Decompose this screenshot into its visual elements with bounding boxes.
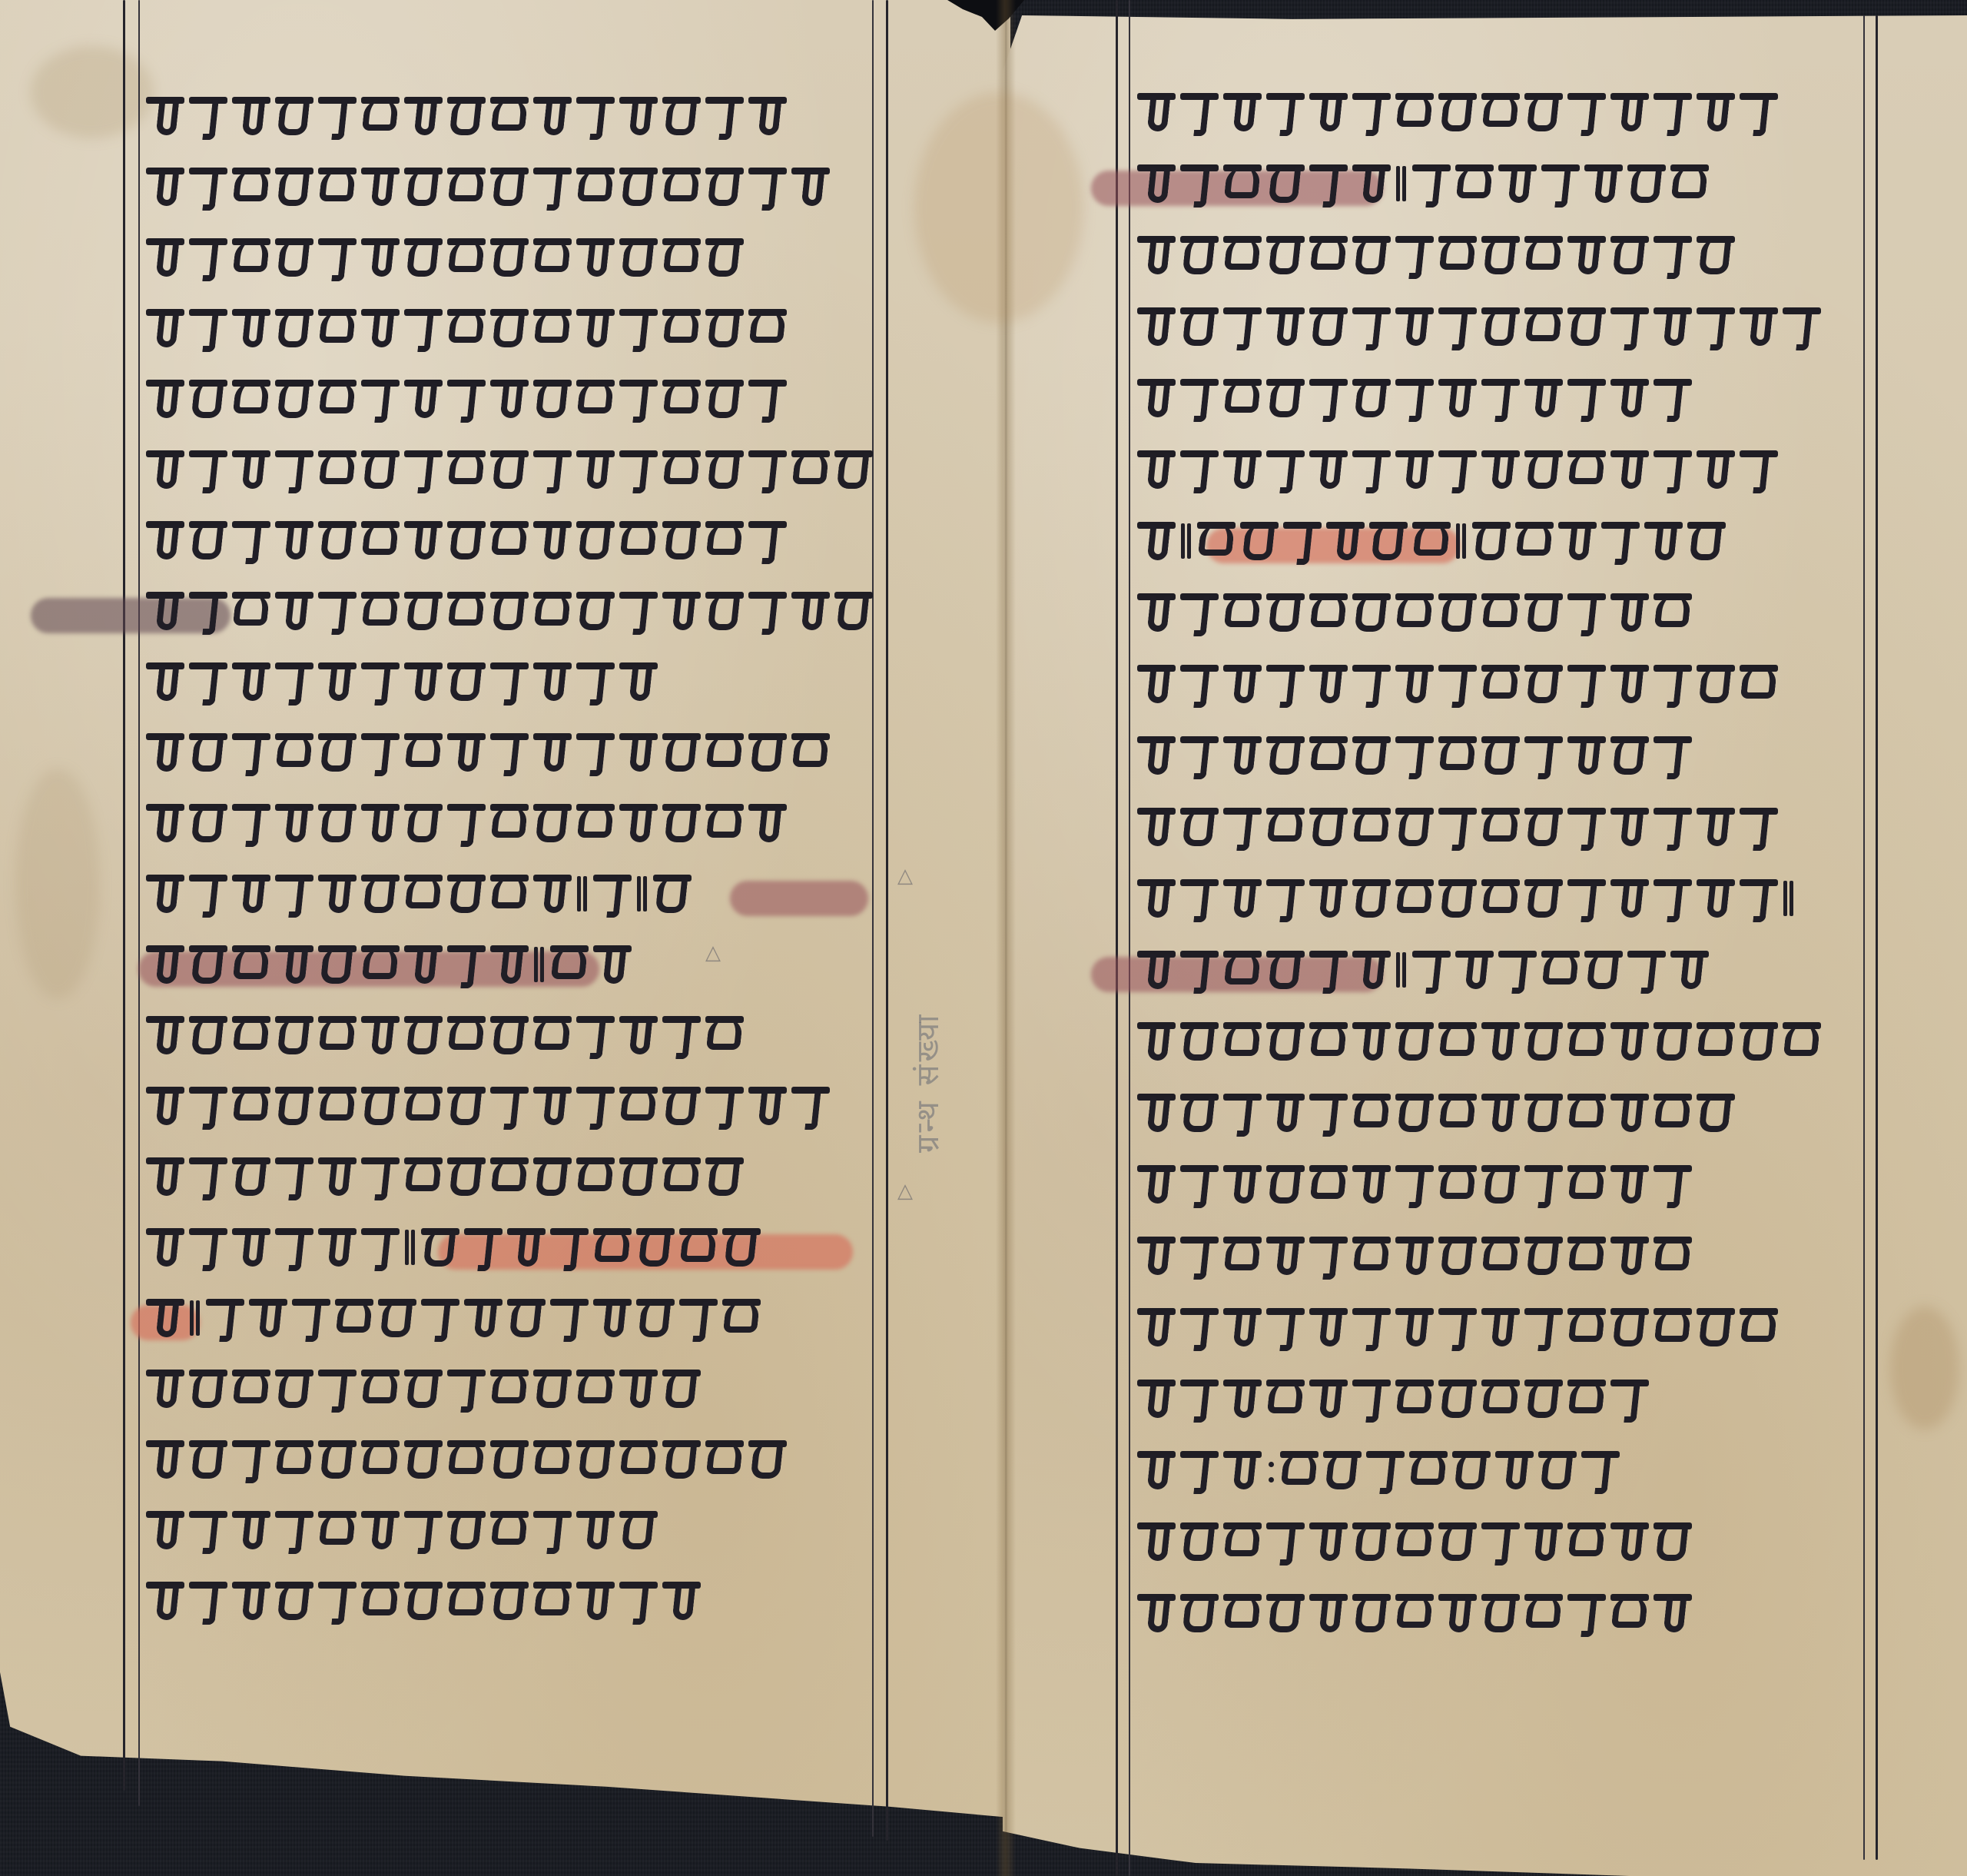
glyph [275, 941, 313, 988]
glyph [662, 234, 701, 281]
glyph [533, 870, 572, 918]
glyph [1137, 1232, 1176, 1280]
glyph [490, 1577, 529, 1625]
glyph [1137, 303, 1176, 350]
glyph [189, 375, 227, 423]
glyph [361, 446, 400, 493]
glyph [1697, 446, 1735, 493]
glyph [834, 587, 873, 635]
ink-text [146, 1294, 761, 1342]
glyph [447, 304, 486, 352]
glyph [576, 375, 615, 423]
glyph [748, 516, 787, 564]
glyph [1223, 660, 1262, 708]
glyph [576, 516, 615, 564]
glyph [705, 92, 744, 140]
glyph [705, 799, 744, 847]
glyph [1352, 1518, 1391, 1566]
glyph [1395, 1589, 1434, 1637]
glyph [550, 1224, 589, 1271]
glyph [1180, 1232, 1219, 1280]
glyph [1481, 303, 1520, 350]
glyph [275, 1082, 313, 1130]
glyph [1567, 1232, 1606, 1280]
ink-text [146, 658, 658, 706]
glyph [232, 163, 270, 211]
glyph [146, 941, 184, 988]
ink-text [1137, 374, 1692, 422]
glyph [361, 729, 400, 776]
glyph [146, 1153, 184, 1200]
glyph [1740, 446, 1778, 493]
glyph [232, 799, 270, 847]
glyph [1352, 1160, 1391, 1208]
glyph [1409, 1446, 1448, 1494]
glyph [576, 1436, 615, 1483]
ink-text [1137, 231, 1735, 279]
glyph [619, 587, 658, 635]
margin-rule [138, 0, 140, 1806]
glyph [1697, 875, 1735, 922]
glyph [275, 446, 313, 493]
glyph [1524, 88, 1563, 136]
glyph [1567, 1089, 1606, 1137]
glyph [1541, 160, 1580, 208]
glyph [447, 516, 486, 564]
glyph [146, 1365, 184, 1413]
glyph [1481, 1160, 1520, 1208]
glyph [1697, 231, 1735, 279]
manuscript-line: महासिद्धिः माहेश्वर्याः गमृदयः [146, 375, 868, 423]
glyph [1223, 732, 1262, 779]
glyph [550, 941, 589, 988]
glyph [1395, 1160, 1434, 1208]
glyph [232, 234, 270, 281]
glyph [490, 1506, 529, 1554]
glyph [1541, 946, 1580, 994]
glyph [1610, 1589, 1649, 1637]
glyph [1266, 946, 1305, 994]
glyph [1498, 946, 1537, 994]
glyph [1266, 1303, 1305, 1351]
glyph [1610, 1160, 1649, 1208]
glyph [232, 375, 270, 423]
glyph [1567, 1518, 1606, 1566]
glyph [662, 92, 701, 140]
glyph [146, 304, 184, 352]
manuscript-line: कुकामनायाजजमानस्यमनो [1137, 732, 1859, 779]
glyph [447, 799, 486, 847]
glyph [146, 446, 184, 493]
glyph [1438, 875, 1477, 922]
manuscript-line: नपूनिर्धनतानास्त्ः विनूधकः [146, 1011, 868, 1059]
ink-text [1137, 660, 1778, 708]
glyph [189, 446, 227, 493]
glyph [1740, 1303, 1778, 1351]
glyph [1137, 1018, 1176, 1065]
manuscript-line: रुहातुं नजानकूर्यानिहिंध [1137, 1375, 1859, 1423]
glyph [189, 304, 227, 352]
glyph [619, 1436, 658, 1483]
glyph [662, 799, 701, 847]
glyph [576, 1577, 615, 1625]
glyph [662, 375, 701, 423]
manuscript-line: दं मार्याहृतिरूहाम्बहंगृहित्वा [1137, 1303, 1859, 1351]
glyph [1309, 446, 1348, 493]
glyph [576, 1011, 615, 1059]
glyph [1266, 660, 1305, 708]
glyph [404, 446, 443, 493]
glyph [275, 234, 313, 281]
glyph [404, 1153, 443, 1200]
ink-text [146, 304, 787, 352]
glyph [619, 1082, 658, 1130]
glyph [636, 870, 648, 918]
glyph [189, 1365, 227, 1413]
glyph [748, 799, 787, 847]
glyph [507, 1294, 546, 1342]
glyph [1654, 1089, 1692, 1137]
glyph [318, 1011, 357, 1059]
glyph [189, 1153, 227, 1200]
glyph [404, 870, 443, 918]
pencil-triangle-mark: △ [897, 865, 913, 888]
glyph [404, 1577, 443, 1625]
glyph [275, 1506, 313, 1554]
glyph [1266, 1160, 1305, 1208]
glyph [1395, 446, 1434, 493]
glyph [705, 304, 744, 352]
glyph [507, 1224, 546, 1271]
glyph [361, 516, 400, 564]
manuscript-line: लोकपालयान॥ श्रीचक्रसंभ [1137, 946, 1859, 994]
manuscript-line: गचक्रः महासुखचक्रषुः स्थि [1137, 1089, 1859, 1137]
glyph [232, 1365, 270, 1413]
glyph [1395, 374, 1434, 422]
glyph [1412, 160, 1451, 208]
glyph [1223, 160, 1262, 208]
glyph [1266, 160, 1305, 208]
glyph [662, 1577, 701, 1625]
glyph [748, 92, 787, 140]
glyph [447, 92, 486, 140]
glyph [533, 234, 572, 281]
glyph [1223, 1232, 1262, 1280]
glyph [1524, 1160, 1563, 1208]
glyph [1352, 1089, 1391, 1137]
glyph [1309, 1232, 1348, 1280]
glyph [189, 1294, 201, 1342]
glyph [1438, 803, 1477, 851]
glyph [662, 304, 701, 352]
glyph [361, 163, 400, 211]
glyph [722, 1294, 761, 1342]
glyph [1438, 1303, 1477, 1351]
glyph [1697, 1303, 1735, 1351]
glyph [1627, 946, 1666, 994]
glyph [189, 870, 227, 918]
ink-text [1137, 1589, 1692, 1637]
glyph [318, 516, 357, 564]
glyph [318, 1224, 357, 1271]
glyph [447, 870, 486, 918]
glyph [275, 1577, 313, 1625]
glyph [318, 304, 357, 352]
glyph [361, 1577, 400, 1625]
glyph [619, 163, 658, 211]
glyph [748, 1082, 787, 1130]
glyph [232, 658, 270, 706]
glyph [1783, 875, 1795, 922]
glyph [232, 446, 270, 493]
glyph [1309, 803, 1348, 851]
glyph [533, 1365, 572, 1413]
glyph [1567, 732, 1606, 779]
glyph [1567, 446, 1606, 493]
glyph [1610, 1089, 1649, 1137]
manuscript-line: स्यमनोरथपनिपूर्णयांकु [1137, 1232, 1859, 1280]
ink-text [146, 799, 787, 847]
glyph [1567, 1018, 1606, 1065]
glyph [1309, 1518, 1348, 1566]
manuscript-line: सिद्धमहगवन्महानागमहान [146, 92, 868, 140]
glyph [1309, 88, 1348, 136]
ink-text [146, 446, 873, 493]
glyph [1137, 1303, 1176, 1351]
glyph [1266, 1375, 1305, 1423]
glyph [1309, 303, 1348, 350]
glyph [232, 870, 270, 918]
glyph [447, 658, 486, 706]
glyph [146, 658, 184, 706]
glyph [275, 1011, 313, 1059]
ink-text [1137, 875, 1795, 922]
glyph [1180, 803, 1219, 851]
glyph [1137, 732, 1176, 779]
glyph [1438, 303, 1477, 350]
glyph [490, 304, 529, 352]
glyph [576, 587, 615, 635]
glyph [748, 729, 787, 776]
glyph [318, 1436, 357, 1483]
glyph [189, 729, 227, 776]
glyph [619, 92, 658, 140]
glyph [1137, 374, 1176, 422]
glyph [705, 234, 744, 281]
glyph [447, 446, 486, 493]
glyph [232, 587, 270, 635]
glyph [705, 1153, 744, 1200]
glyph [146, 234, 184, 281]
glyph [662, 1365, 701, 1413]
glyph [1137, 946, 1176, 994]
ink-text [146, 1224, 761, 1271]
glyph [1524, 732, 1563, 779]
glyph [1481, 660, 1520, 708]
glyph [146, 1011, 184, 1059]
glyph [619, 1506, 658, 1554]
glyph [1627, 160, 1666, 208]
glyph [550, 1294, 589, 1342]
glyph [1352, 88, 1391, 136]
glyph [1654, 875, 1692, 922]
glyph [1352, 732, 1391, 779]
glyph [533, 1436, 572, 1483]
glyph [1197, 517, 1236, 565]
ink-text [1137, 517, 1726, 565]
stain [15, 769, 100, 999]
ink-text [146, 729, 830, 776]
glyph [361, 1224, 400, 1271]
glyph [1481, 732, 1520, 779]
ink-text [146, 1436, 787, 1483]
glyph [662, 1436, 701, 1483]
glyph [1438, 1518, 1477, 1566]
glyph [1455, 160, 1494, 208]
glyph [275, 587, 313, 635]
glyph [1395, 1089, 1434, 1137]
glyph [1670, 160, 1709, 208]
glyph [705, 516, 744, 564]
glyph [146, 92, 184, 140]
ink-text [1137, 1232, 1692, 1280]
glyph [318, 870, 357, 918]
glyph [1395, 875, 1434, 922]
glyph [1352, 875, 1391, 922]
glyph [1438, 1160, 1477, 1208]
glyph [1309, 374, 1348, 422]
glyph [146, 1082, 184, 1130]
glyph [1223, 946, 1262, 994]
ink-text [1137, 446, 1778, 493]
glyph [1740, 803, 1778, 851]
glyph [361, 375, 400, 423]
glyph [404, 1082, 443, 1130]
glyph [533, 92, 572, 140]
glyph [464, 1224, 503, 1271]
glyph [232, 1082, 270, 1130]
pencil-margin-note: ग्रन्थ संख्या [907, 907, 960, 1153]
glyph [619, 729, 658, 776]
glyph [1455, 517, 1468, 565]
glyph [361, 1153, 400, 1200]
glyph [1266, 732, 1305, 779]
glyph [1740, 1018, 1778, 1065]
ink-text [146, 1365, 701, 1413]
glyph [1180, 1303, 1219, 1351]
glyph [593, 941, 632, 988]
glyph [189, 516, 227, 564]
glyph [576, 1082, 615, 1130]
glyph [1438, 1375, 1477, 1423]
glyph [1137, 875, 1176, 922]
glyph [1654, 88, 1692, 136]
glyph [1438, 231, 1477, 279]
glyph [1137, 1446, 1176, 1494]
glyph [1137, 1589, 1176, 1637]
glyph [1654, 589, 1692, 636]
manuscript-line: समग्रलंः नतसत्वः नमस्थथ [146, 799, 868, 847]
glyph [275, 1153, 313, 1200]
glyph [705, 163, 744, 211]
glyph [1515, 517, 1554, 565]
glyph [318, 1365, 357, 1413]
manuscript-line: नविगणस्य तिविधि॥ ॐ ध् [146, 941, 868, 988]
glyph [1366, 1446, 1405, 1494]
glyph [447, 1577, 486, 1625]
glyph [1455, 946, 1494, 994]
glyph [533, 1011, 572, 1059]
glyph [1223, 88, 1262, 136]
glyph [1524, 1303, 1563, 1351]
glyph [662, 446, 701, 493]
manuscript-line: वाधिसत्वप्रसिद्धमः सवाद्म [146, 304, 868, 352]
glyph [1654, 1303, 1692, 1351]
glyph [361, 1506, 400, 1554]
glyph [1438, 1589, 1477, 1637]
glyph [1395, 1375, 1434, 1423]
glyph [1481, 1089, 1520, 1137]
glyph [1567, 803, 1606, 851]
glyph [1223, 446, 1262, 493]
glyph [705, 1011, 744, 1059]
glyph [275, 304, 313, 352]
glyph [1610, 1232, 1649, 1280]
manuscript-line: रुत्वः वायूव्यः इत्थस्थानांसंतु [1137, 660, 1859, 708]
glyph [1280, 1446, 1319, 1494]
glyph [447, 375, 486, 423]
glyph [1524, 1089, 1563, 1137]
glyph [232, 1153, 270, 1200]
glyph [662, 1082, 701, 1130]
glyph [1223, 875, 1262, 922]
glyph [1180, 446, 1219, 493]
glyph [1309, 732, 1348, 779]
manuscript-line: रथपनिपूर्णकतुइदं मार्याह [1137, 803, 1859, 851]
ink-text [1137, 1375, 1649, 1423]
glyph [275, 870, 313, 918]
glyph [748, 163, 787, 211]
glyph [1395, 1518, 1434, 1566]
glyph [1180, 589, 1219, 636]
glyph [1369, 517, 1408, 565]
glyph [1223, 1160, 1262, 1208]
glyph [1697, 1018, 1735, 1065]
glyph [447, 1082, 486, 1130]
glyph [1610, 88, 1649, 136]
glyph [1395, 589, 1434, 636]
glyph [1395, 1303, 1434, 1351]
glyph [619, 799, 658, 847]
margin-rule [1876, 15, 1878, 1860]
glyph [748, 446, 787, 493]
glyph [1524, 303, 1563, 350]
manuscript-line: हा॥ देवलोकयान॥ ज्ञद्रुजन [1137, 517, 1859, 565]
glyph [275, 1365, 313, 1413]
glyph [318, 658, 357, 706]
ink-text [1137, 946, 1709, 994]
glyph [490, 446, 529, 493]
glyph [490, 375, 529, 423]
glyph [421, 1224, 459, 1271]
glyph [1266, 446, 1305, 493]
glyph [1266, 1018, 1305, 1065]
glyph [1558, 517, 1597, 565]
glyph [533, 516, 572, 564]
glyph [1654, 231, 1692, 279]
margin-rule [886, 0, 888, 1841]
glyph [361, 234, 400, 281]
